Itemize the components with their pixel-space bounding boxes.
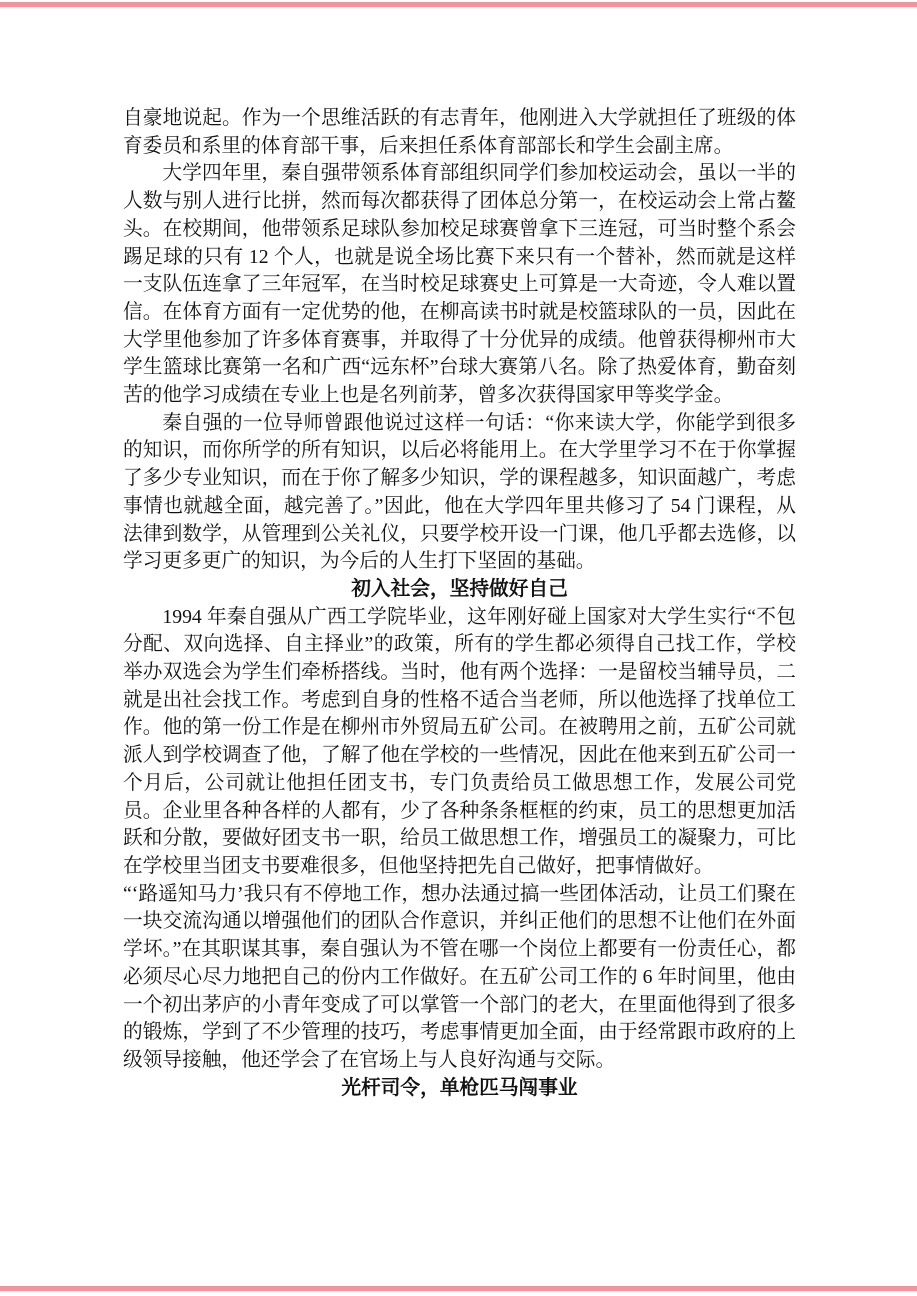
document-body: 自豪地说起。作为一个思维活跃的有志青年，他刚进入大学就担任了班级的体育委员和系里… [123,105,796,1102]
paragraph-quote: “‘路遥知马力’我只有不停地工作，想办法通过搞一些团体活动，让员工们聚在一块交流… [123,881,796,1075]
paragraph: 1994 年秦自强从广西工学院毕业，这年刚好碰上国家对大学生实行“不包分配、双向… [123,604,796,881]
page-border-bottom [0,1286,917,1291]
page-border-top [0,2,917,7]
paragraph: 秦自强的一位导师曾跟他说过这样一句话：“你来读大学，你能学到很多的知识，而你所学… [123,410,796,576]
paragraph: 大学四年里，秦自强带领系体育部组织同学们参加校运动会，虽以一半的人数与别人进行比… [123,160,796,409]
paragraph-continuation: 自豪地说起。作为一个思维活跃的有志青年，他刚进入大学就担任了班级的体育委员和系里… [123,105,796,160]
section-heading-society: 初入社会，坚持做好自己 [123,576,796,604]
document-page: 自豪地说起。作为一个思维活跃的有志青年，他刚进入大学就担任了班级的体育委员和系里… [0,0,917,1296]
section-heading-business: 光杆司令，单枪匹马闯事业 [123,1075,796,1103]
